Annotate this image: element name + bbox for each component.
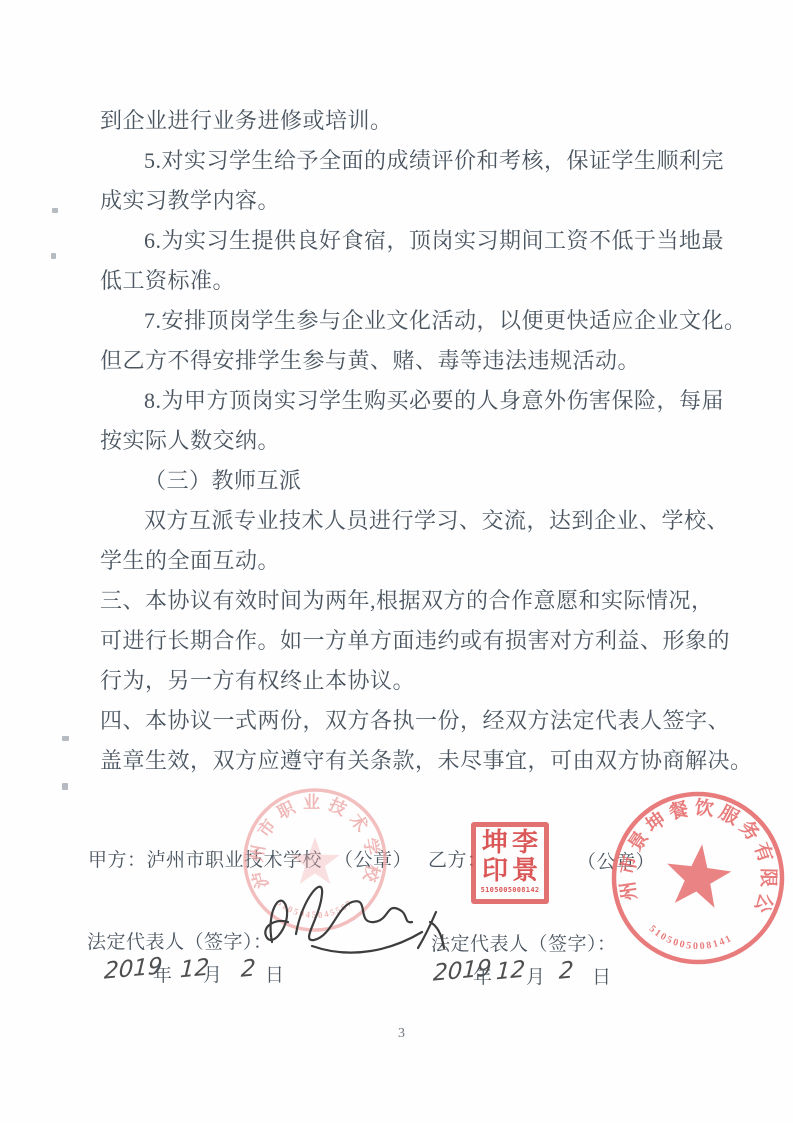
scanned-document-page: 到企业进行业务进修或培训。 5.对实习学生给予全面的成绩评价和考核，保证学生顺利… xyxy=(0,0,793,1123)
agreement-body: 到企业进行业务进修或培训。 5.对实习学生给予全面的成绩评价和考核，保证学生顺利… xyxy=(100,101,740,781)
party-a-signature xyxy=(252,872,462,964)
scan-speck xyxy=(62,736,69,741)
party-b-seal-code: 5105005008141 xyxy=(645,923,736,957)
seal-char: 李 xyxy=(510,829,540,857)
section-heading-teacher-exchange: （三）教师互派 xyxy=(100,461,740,501)
seal-star-icon xyxy=(663,840,735,909)
day-unit: 日 xyxy=(265,960,284,987)
body-line: 7.安排顶岗学生参与企业文化活动，以便更快适应企业文化。 xyxy=(100,301,740,341)
day-unit: 日 xyxy=(592,962,611,989)
page-number: 3 xyxy=(398,1026,405,1042)
body-line: 5.对实习学生给予全面的成绩评价和考核，保证学生顺利完 xyxy=(100,141,740,181)
party-b-square-seal-code: 5105005008142 xyxy=(481,886,540,894)
party-b-square-name-seal: 坤 李 印 景 5105005008142 xyxy=(471,822,549,904)
handwritten-month: 12 xyxy=(495,957,526,986)
party-a-seal-note: （公章） xyxy=(334,850,412,871)
year-unit: 年 xyxy=(473,962,492,989)
seal-char: 坤 xyxy=(480,829,510,857)
party-b-seal-note: （公章） xyxy=(577,847,655,874)
body-line: 可进行长期合作。如一方单方面违约或有损害对方利益、形象的 xyxy=(100,621,740,661)
body-line: 8.为甲方顶岗实习学生购买必要的人身意外伤害保险，每届 xyxy=(100,381,740,421)
clause-four-line: 四、本协议一式两份，双方各执一份，经双方法定代表人签字、 xyxy=(100,701,740,741)
body-line: 到企业进行业务进修或培训。 xyxy=(100,101,740,141)
handwritten-day: 2 xyxy=(558,957,574,984)
scan-speck xyxy=(62,783,68,790)
seal-name-characters: 坤 李 印 景 xyxy=(480,829,540,885)
body-line: 6.为实习生提供良好食宿，顶岗实习期间工资不低于当地最 xyxy=(100,221,740,261)
month-unit: 月 xyxy=(203,960,222,987)
year-unit: 年 xyxy=(153,960,172,987)
party-a-name: 泸州市职业技术学校 xyxy=(147,850,323,871)
scan-speck xyxy=(51,253,56,259)
seal-char: 印 xyxy=(480,857,510,885)
party-a-line: 甲方：泸州市职业技术学校（公章） xyxy=(88,845,412,872)
body-line: 双方互派专业技术人员进行学习、交流，达到企业、学校、 xyxy=(100,501,740,541)
party-b-date-line: 2019 年 12 月 2 日 xyxy=(432,954,652,998)
party-a-legal-rep-label: 法定代表人（签字）： xyxy=(87,927,273,954)
body-line: 学生的全面互动。 xyxy=(100,541,740,581)
body-line: 成实习教学内容。 xyxy=(100,181,740,221)
month-unit: 月 xyxy=(526,962,545,989)
body-line: 按实际人数交纳。 xyxy=(100,421,740,461)
scan-speck xyxy=(52,208,58,213)
body-line: 行为，另一方有权终止本协议。 xyxy=(100,661,740,701)
seal-char: 景 xyxy=(510,857,540,885)
party-a-label: 甲方： xyxy=(88,850,147,871)
body-line: 盖章生效，双方应遵守有关条款，未尽事宜，可由双方协商解决。 xyxy=(100,741,740,781)
party-b-round-seal: 泸州市景坤餐饮服务有限公司 5105005008141 xyxy=(598,778,793,979)
clause-three-line: 三、本协议有效时间为两年,根据双方的合作意愿和实际情况， xyxy=(100,581,740,621)
svg-text:5105005008141: 5105005008141 xyxy=(645,923,736,957)
body-line: 但乙方不得安排学生参与黄、赌、毒等违法违规活动。 xyxy=(100,341,740,381)
body-line: 低工资标准。 xyxy=(100,261,740,301)
